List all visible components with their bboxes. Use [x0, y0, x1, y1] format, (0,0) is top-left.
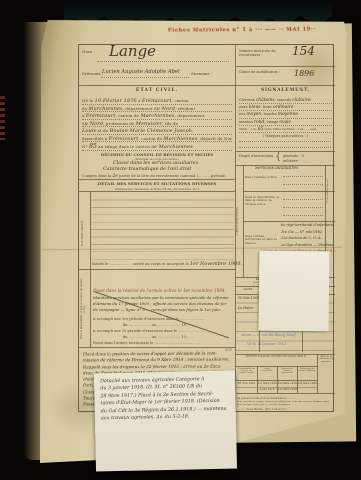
print-fragment: , visage: [264, 120, 279, 124]
red-ink-bleed-mark: [0, 96, 5, 140]
print-fragment: , département: [175, 113, 205, 118]
print-fragment: , départt du Nord: [198, 136, 232, 141]
periode1-line: A accompli une 1re période d'exercices d…: [93, 317, 206, 321]
epoques-col-3: Réserve de l'armée territoriale: [278, 368, 296, 375]
handwritten-value: ovale: [279, 120, 291, 125]
rule: [236, 393, 335, 394]
print-fragment: cent. Taille rectifiée : 1 m. .... cent.: [263, 127, 317, 131]
print-fragment: Compris dans la: [82, 174, 113, 178]
rule: [79, 347, 235, 348]
print-fragment: , profession de: [103, 121, 136, 126]
sig-line-3: nez moyen, bouche moyenne: [239, 111, 332, 118]
epoques-date-title: DATE de la radiation des contrôles: [318, 356, 334, 364]
rule: [79, 269, 235, 270]
corps-r3-label: Dans l'armée territoriale et dans sa rés…: [245, 235, 279, 245]
handwritten-value: 85: [89, 143, 97, 150]
corps-r3-entry-3: 22e Section de C. O. A.: [281, 236, 322, 240]
epoques-col-2: Armée territoriale: [258, 368, 276, 373]
decision-handwriting-2: Cataracte traumatique de l'œil droit: [103, 167, 191, 172]
rule: [243, 221, 335, 222]
epoques-r1c2: 1er 8bre 1910: [258, 382, 276, 385]
localites-col-dates: DATES: [237, 288, 259, 291]
print-fragment: , canton: [172, 98, 189, 103]
handwritten-value: e Marchiennes: [154, 144, 193, 150]
ec-line-2: de Marchiennes, département du Nord, rés…: [82, 105, 232, 113]
classe-label: Classe de mobilisation :: [239, 70, 287, 74]
handwritten-value: Frémicourt: [142, 98, 172, 104]
corps-r1-label: Dans l'armée active.: [245, 175, 281, 179]
corps-r3-entry-2: 1re Cie — N° mle 0182: [281, 230, 322, 234]
epoques-title: ÉPOQUE à laquelle l'homme doit passer da…: [237, 356, 315, 359]
print-fragment: , sourcils: [275, 98, 293, 102]
dotted-line: [101, 77, 189, 78]
rule: [79, 85, 335, 86]
reserve-red-entry: Passé dans la réserve de l'armée active …: [93, 288, 226, 293]
reserve-entry-3: de campagne — ligne n° 5 — renvoyé dans …: [93, 307, 221, 312]
handwritten-value: Louis: [82, 128, 96, 134]
ec-line-4: du Nord, profession de Menuisier, fils d…: [82, 120, 232, 128]
handwritten-value: u Nord: [157, 106, 175, 112]
handwritten-value: Marchiennes: [89, 106, 123, 112]
handwritten-value: Marchiennes: [140, 113, 174, 119]
localites-stamp-entry-2: Vu le 14 Janvier 1913.: [247, 342, 287, 346]
sig-line-2: yeux bleus, front ordinaire: [239, 104, 332, 111]
rule: [90, 269, 91, 347]
epoques-r1c1: 28 7bre 1901: [237, 382, 256, 385]
reserve-entry-2: d'Amiens du 17 février 1905 ; affecté au…: [93, 301, 226, 306]
corps-r1-handwriting: Services auxiliaires: [255, 166, 298, 171]
services-ruled-area: [91, 193, 234, 261]
print-fragment: partie de la liste du recrutement canton…: [118, 174, 227, 178]
archive-red-stamp: Fiches Matricules n° 1 à ··· —— ·· MAI 1…: [168, 26, 316, 33]
print-fragment: et de: [96, 128, 109, 133]
corps-r2-label: Dans la disponibilité ou dans la réserve…: [245, 196, 281, 206]
localites-stamp-entry-1: Blois — 2, rue du Bourg-Neuf: [242, 333, 296, 337]
dotted-line: [283, 199, 323, 200]
nom-value: Lange: [109, 42, 156, 60]
print-fragment: yeux: [239, 105, 249, 109]
dotted-line: [97, 61, 229, 62]
marques-label: ( Marques particulières : ): [236, 134, 335, 138]
classe-value: 1896: [294, 69, 314, 78]
handwritten-value: Marchiennes: [163, 136, 197, 142]
tirage-line: N° 85 au tirage dans le canton de Marchi…: [82, 143, 232, 151]
periode2-dates: du ................... au ..............…: [123, 335, 193, 339]
periode1-dates: du ................... au ..............…: [123, 323, 193, 327]
localites-entry-1: 10 Mai 1904: [238, 296, 259, 300]
dotted-line: [283, 184, 323, 185]
attached-note-paper: Détaché aux travaux agricoles Catégorie …: [94, 371, 237, 472]
ec-line-3: à Frémicourt, canton de Marchiennes, dép…: [82, 112, 232, 120]
territoriale-line: Passé dans l'armée territoriale le .....…: [93, 341, 200, 345]
handwritten-value: Menuisier: [136, 121, 163, 127]
etat-civil-title: ÉTAT CIVIL.: [79, 88, 235, 93]
handwritten-value: 10 Février 1876: [95, 98, 137, 104]
handwritten-value: ordinaire: [273, 105, 294, 110]
prenoms-value: Lucien Auguste Adolphe Abel: [102, 69, 180, 75]
epoques-col-1: Disponibilité ou réserve de l'armée acti…: [237, 368, 256, 375]
sig-line-5: Taille : 1 m. 65 cent. Taille rectifiée …: [239, 126, 332, 133]
scanned-military-record-photo: Fiches Matricules n° 1 à ··· —— ·· MAI 1…: [0, 0, 361, 480]
rule: [236, 151, 335, 152]
instruction-generale: générale : 3: [283, 154, 304, 158]
corps-r3-entry-4: 2e Gpe d'aviation — Chartres: [281, 243, 333, 247]
print-fragment: Inscrit le ................. ; arrivé au…: [92, 262, 189, 266]
sig-line-1: Cheveux châtains, sourcils châtains: [239, 97, 332, 104]
epoques-r1c3: 1er 8bre 1916: [278, 382, 296, 385]
print-fragment: , département d: [123, 106, 157, 111]
print-fragment: , canton de: [138, 136, 163, 141]
print-fragment: , résidant: [175, 106, 195, 111]
services-subtitle: (Campagnes, blessures, actions d'éclat, …: [79, 187, 235, 191]
dotted-line: [283, 207, 323, 208]
epoques-r2c3: 1er 8bre 1918: [278, 388, 296, 391]
print-fragment: ,: [192, 128, 193, 133]
epoques-r2c2: 4 juin 1912: [258, 388, 276, 391]
surnoms-label: Surnoms :: [191, 71, 213, 76]
instruction-label: Degré d'instruction :: [239, 154, 275, 162]
print-fragment: , canton de: [115, 113, 140, 118]
rule: [236, 66, 335, 67]
note-line: aux travaux agricoles. Av. du 5-2-18.: [101, 413, 230, 423]
dotted-line: [283, 176, 323, 177]
sig-line-4: menton rond, visage ovale: [239, 119, 332, 126]
ec-line-1: Né le 10 Février 1876 à Frémicourt, cant…: [82, 97, 232, 105]
print-fragment: Cheveux: [239, 98, 256, 102]
brace-glyph: {: [275, 151, 281, 162]
handwritten-value: 1er Novembre 1900.: [190, 262, 242, 267]
handwritten-value: moyen: [246, 112, 261, 117]
matricule-value: 154: [292, 44, 315, 58]
handwritten-value: Frémicourt: [86, 113, 116, 119]
epoques-col-4: Libération du service militaire: [298, 368, 316, 373]
print-fragment: au tirage dans le canton d: [97, 144, 154, 149]
header-left: Nom : Lange Prénoms : Lucien Auguste Ado…: [79, 45, 235, 85]
print-fragment: , bouche: [261, 112, 278, 116]
handwritten-value: u Nord: [85, 121, 103, 127]
print-fragment: Taille : 1 m.: [239, 127, 258, 131]
handwritten-value: châtains: [292, 98, 311, 103]
footer-line-1: La présente fiche doit se demander à ...…: [237, 397, 333, 400]
dotted-line: [239, 141, 331, 142]
print-fragment: , fils de: [162, 121, 178, 126]
services-title: DÉTAIL DES SERVICES ET MUTATIONS DIVERSE…: [79, 181, 235, 186]
instruction-militaire: militaire : ........: [283, 159, 311, 163]
print-fragment: domiciliés à: [82, 136, 109, 141]
corps-r3-entry-1: 6e régt territorial d'infanterie: [281, 223, 334, 227]
dotted-line: [283, 215, 323, 216]
signalement-title: SIGNALEMENT.: [236, 88, 335, 93]
epoques-r1c4: 1er 8bre 1922: [298, 382, 316, 385]
reserve-side-label: Dans la disponibilité et dans la réserve…: [81, 275, 90, 343]
header-right: Numéro matricule du recrutement : 154 Cl…: [236, 45, 335, 85]
rule: [79, 179, 235, 180]
handwritten-value: Boulan Marie Clémence Joseph: [110, 128, 192, 134]
nom-label: Nom :: [82, 49, 95, 54]
print-fragment: menton: [239, 120, 254, 124]
rule: [236, 387, 317, 388]
handwritten-value: rond: [254, 120, 264, 125]
decision-handwriting-1: Classé dans les services auxiliaires: [113, 161, 198, 166]
rule: [243, 191, 335, 192]
incorporation-line: Inscrit le ................. ; arrivé au…: [92, 262, 234, 267]
handwritten-value: bleus: [249, 105, 261, 110]
pasted-blank-paper-patch: [259, 251, 330, 332]
services-side-label: Nos Particularités: [81, 205, 90, 261]
print-fragment: Né le: [82, 98, 95, 103]
handwritten-value: Frémicourt: [109, 136, 139, 142]
periode2-line: A accompli une 2e période d'exercices da…: [93, 329, 204, 333]
ec-line-5: Louis et de Boulan Marie Clémence Joseph…: [82, 127, 232, 135]
print-fragment: , front: [261, 105, 273, 109]
handwritten-value: moyenne: [278, 112, 298, 117]
ec-line-6: domiciliés à Frémicourt, canton de March…: [82, 135, 232, 143]
localites-entry-2: Le Havre: [238, 306, 253, 310]
dotted-line: [239, 147, 331, 148]
fiche-matricule-form: Nom : Lange Prénoms : Lucien Auguste Ado…: [78, 44, 334, 412]
footer-line-3: .......... de la Marine. (Art. 5 de la l…: [237, 408, 333, 411]
handwritten-value: châtains: [256, 98, 275, 103]
prenoms-label: Prénoms :: [82, 71, 103, 76]
footer-line-2: Sont considérés comme soumis aux obligat…: [237, 401, 333, 406]
rule: [79, 191, 235, 192]
matricule-label: Numéro matricule du recrutement :: [239, 49, 287, 57]
